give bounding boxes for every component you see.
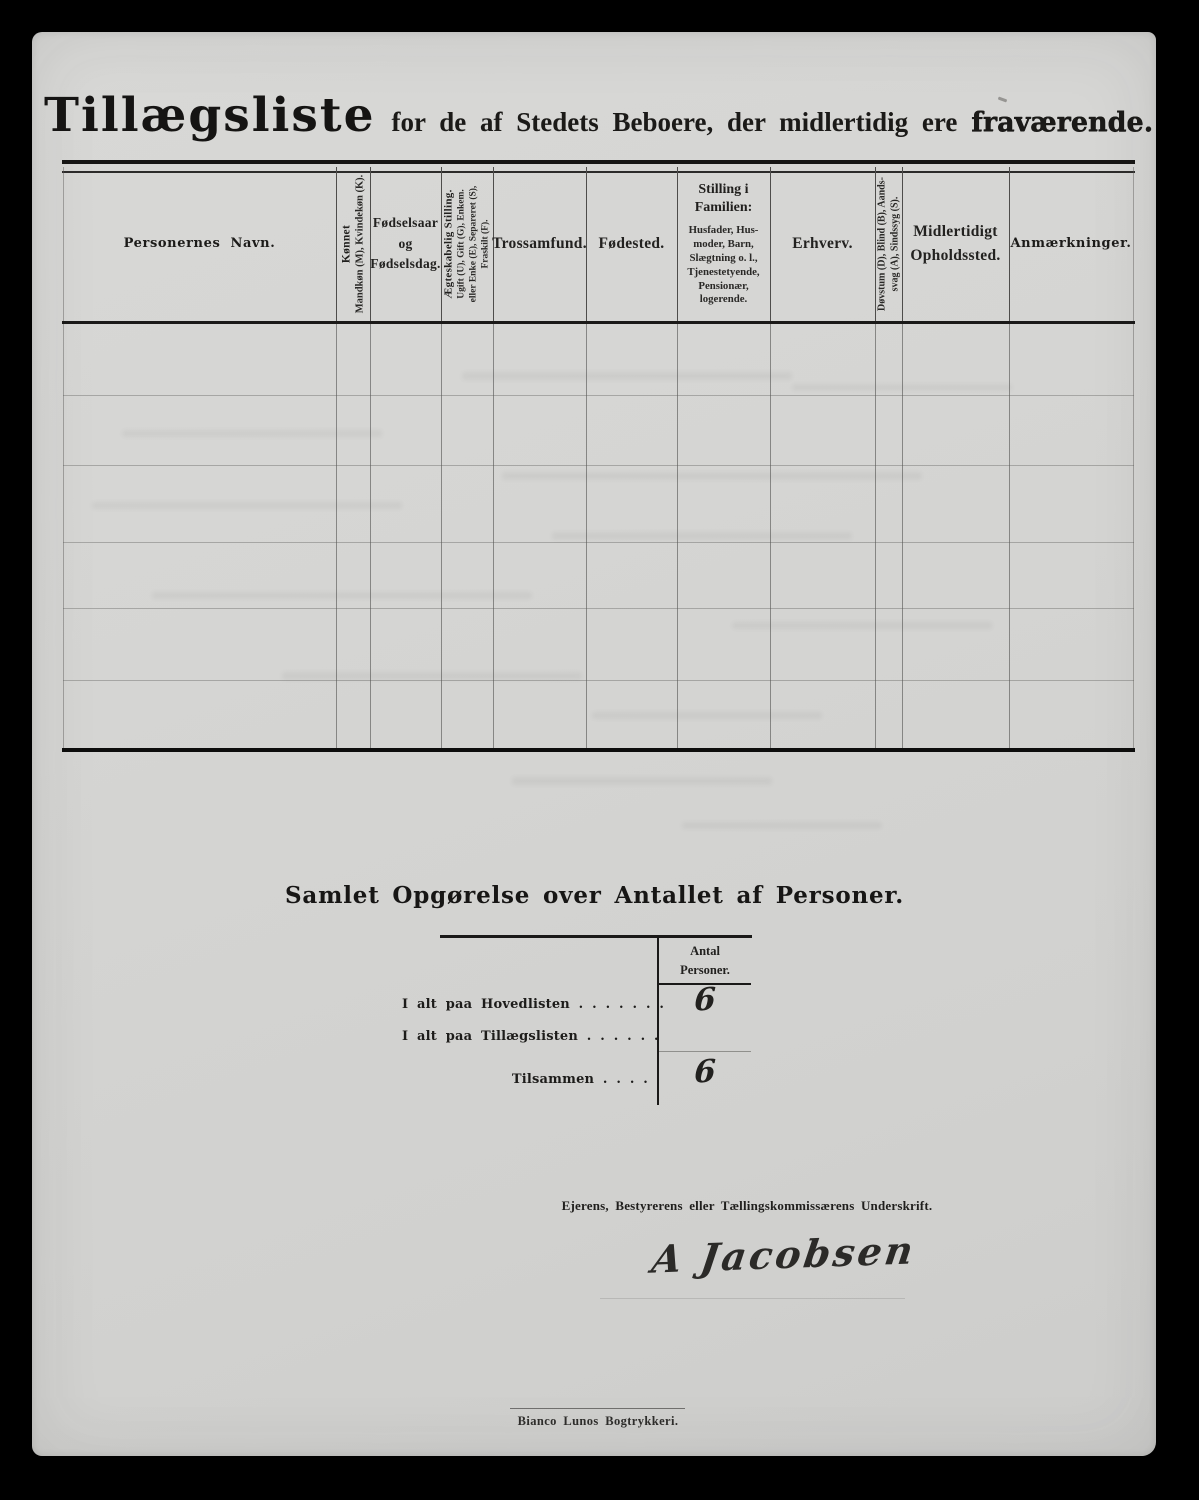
column-divider	[63, 324, 64, 748]
column-divider	[493, 324, 494, 748]
signature-label: Ejerens, Bestyrerens eller Tællingskommi…	[452, 1198, 1042, 1214]
column-header-stilling: Stilling i Familien: Husfader, Hus- mode…	[677, 167, 770, 321]
summary-title: Samlet Opgørelse over Antallet af Person…	[272, 882, 917, 909]
table-row-line	[63, 680, 1134, 681]
summary-row-tilsammen-value: 6	[658, 1051, 751, 1094]
summary-row-tilsammen-label: Tilsammen . . . .	[402, 1072, 648, 1087]
printer-imprint: Bianco Lunos Bogtrykkeri.	[484, 1414, 712, 1429]
column-divider	[336, 324, 337, 748]
page-title-main: Tillægsliste	[44, 88, 375, 143]
summary-value-header: Antal Personer.	[659, 942, 751, 981]
column-divider	[441, 324, 442, 748]
summary-top-rule	[440, 935, 752, 938]
column-divider	[370, 324, 371, 748]
table-row-line	[63, 608, 1134, 609]
column-header-fodselsaar: Fødselsaar og Fødselsdag.	[370, 167, 441, 321]
table-row-line	[63, 465, 1134, 466]
census-form-page: Tillægsliste for de af Stedets Beboere, …	[32, 32, 1156, 1456]
column-header-fodested: Fødested.	[586, 167, 677, 321]
table-row-line	[63, 542, 1134, 543]
table-row-line	[63, 395, 1134, 396]
page-title: Tillægsliste for de af Stedets Beboere, …	[63, 88, 1134, 143]
column-header-midlertidigt: Midlertidigt Opholdssted.	[902, 167, 1009, 321]
signature-handwriting: A Jacobsen	[641, 1227, 927, 1282]
column-divider	[1133, 167, 1134, 321]
table-header-bottom-rule	[62, 321, 1135, 324]
column-header-erhverv: Erhverv.	[770, 167, 875, 321]
page-title-subtitle: for de af Stedets Beboere, der midlertid…	[392, 107, 1153, 138]
page-title-subtitle-emphasis: fraværende.	[971, 107, 1153, 138]
signature-underline	[600, 1298, 905, 1299]
summary-row-tillaegslisten-label: I alt paa Tillægslisten . . . . . .	[402, 1029, 648, 1044]
column-divider	[1133, 324, 1134, 748]
column-header-navn: Personernes Navn.	[63, 167, 336, 321]
column-header-dovstum: Døvstum (D), Blind (B), Aands- svag (A),…	[875, 167, 902, 321]
printer-rule	[510, 1408, 685, 1409]
summary-row-hovedlisten-label: I alt paa Hovedlisten . . . . . . .	[402, 997, 648, 1012]
column-header-konnet: Kønnet Mandkøn (M), Kvindekøn (K).	[336, 167, 370, 321]
column-header-anmaerkninger: Anmærkninger.	[1009, 167, 1133, 321]
summary-row-hovedlisten-value: 6	[658, 979, 751, 1022]
scan-background: { "document": { "title": "Tillægsliste",…	[0, 0, 1199, 1500]
column-header-trossamfund: Trossamfund.	[493, 167, 586, 321]
column-header-aegteskabelig: Ægteskabelig Stilling. Ugift (U), Gift (…	[441, 167, 493, 321]
table-bottom-rule	[62, 748, 1135, 752]
